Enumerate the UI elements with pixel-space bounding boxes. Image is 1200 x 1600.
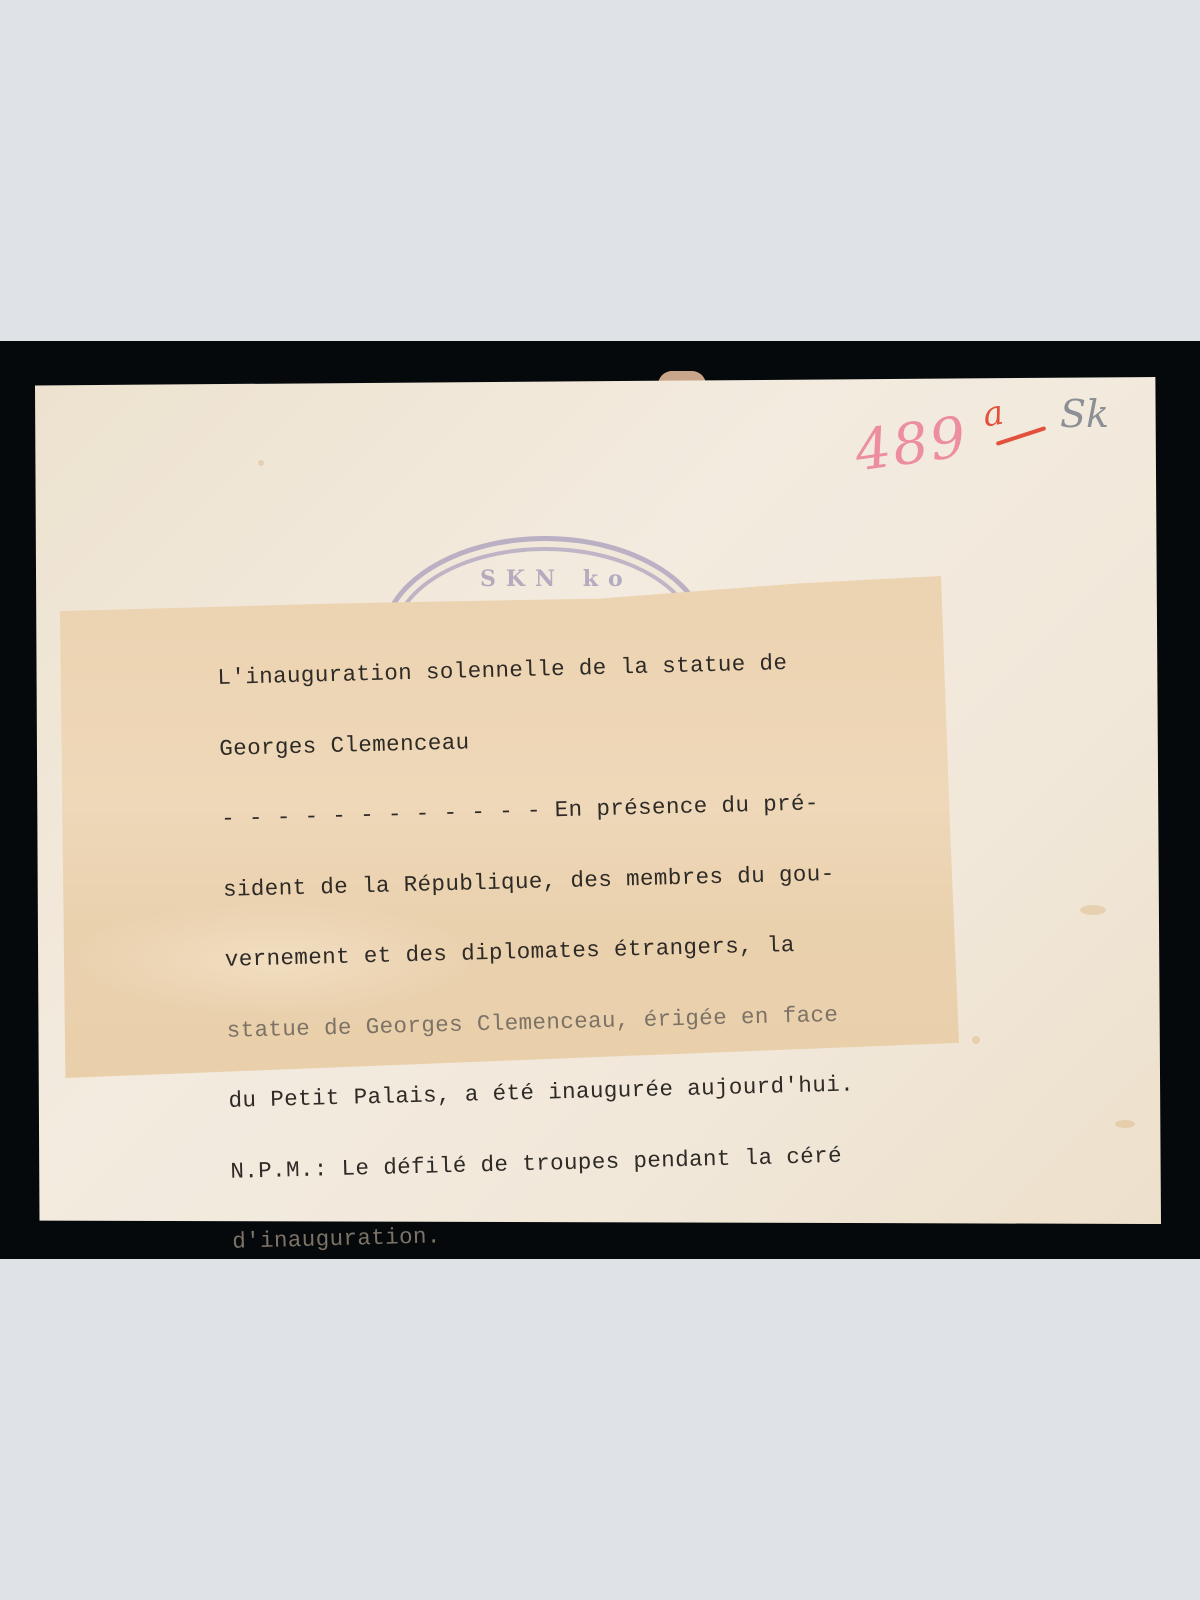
caption-line-6: statue de Georges Clemenceau, érigée en …	[226, 999, 986, 1042]
pencil-mark: Sk	[1060, 392, 1109, 436]
caption-line-3: - - - - - - - - - - - - En présence du p…	[221, 788, 981, 831]
caption-line-8: N.P.M.: Le défilé de troupes pendant la …	[230, 1140, 990, 1183]
caption-line-7: du Petit Palais, a été inaugurée aujourd…	[228, 1070, 988, 1113]
caption-line-2: Georges Clemenceau	[219, 718, 979, 761]
caption-line-1: L'inauguration solennelle de la statue d…	[217, 647, 977, 690]
typed-caption: L'inauguration solennelle de la statue d…	[216, 600, 994, 1301]
foxing-stain	[258, 460, 264, 466]
foxing-stain	[1080, 905, 1106, 915]
foxing-stain	[1115, 1120, 1135, 1128]
ink-stamp-text: SKN ko	[480, 566, 640, 592]
caption-line-9: d'inauguration.	[232, 1211, 992, 1254]
caption-line-5: vernement et des diplomates étrangers, l…	[225, 929, 985, 972]
caption-line-4: sident de la République, des membres du …	[223, 859, 983, 902]
